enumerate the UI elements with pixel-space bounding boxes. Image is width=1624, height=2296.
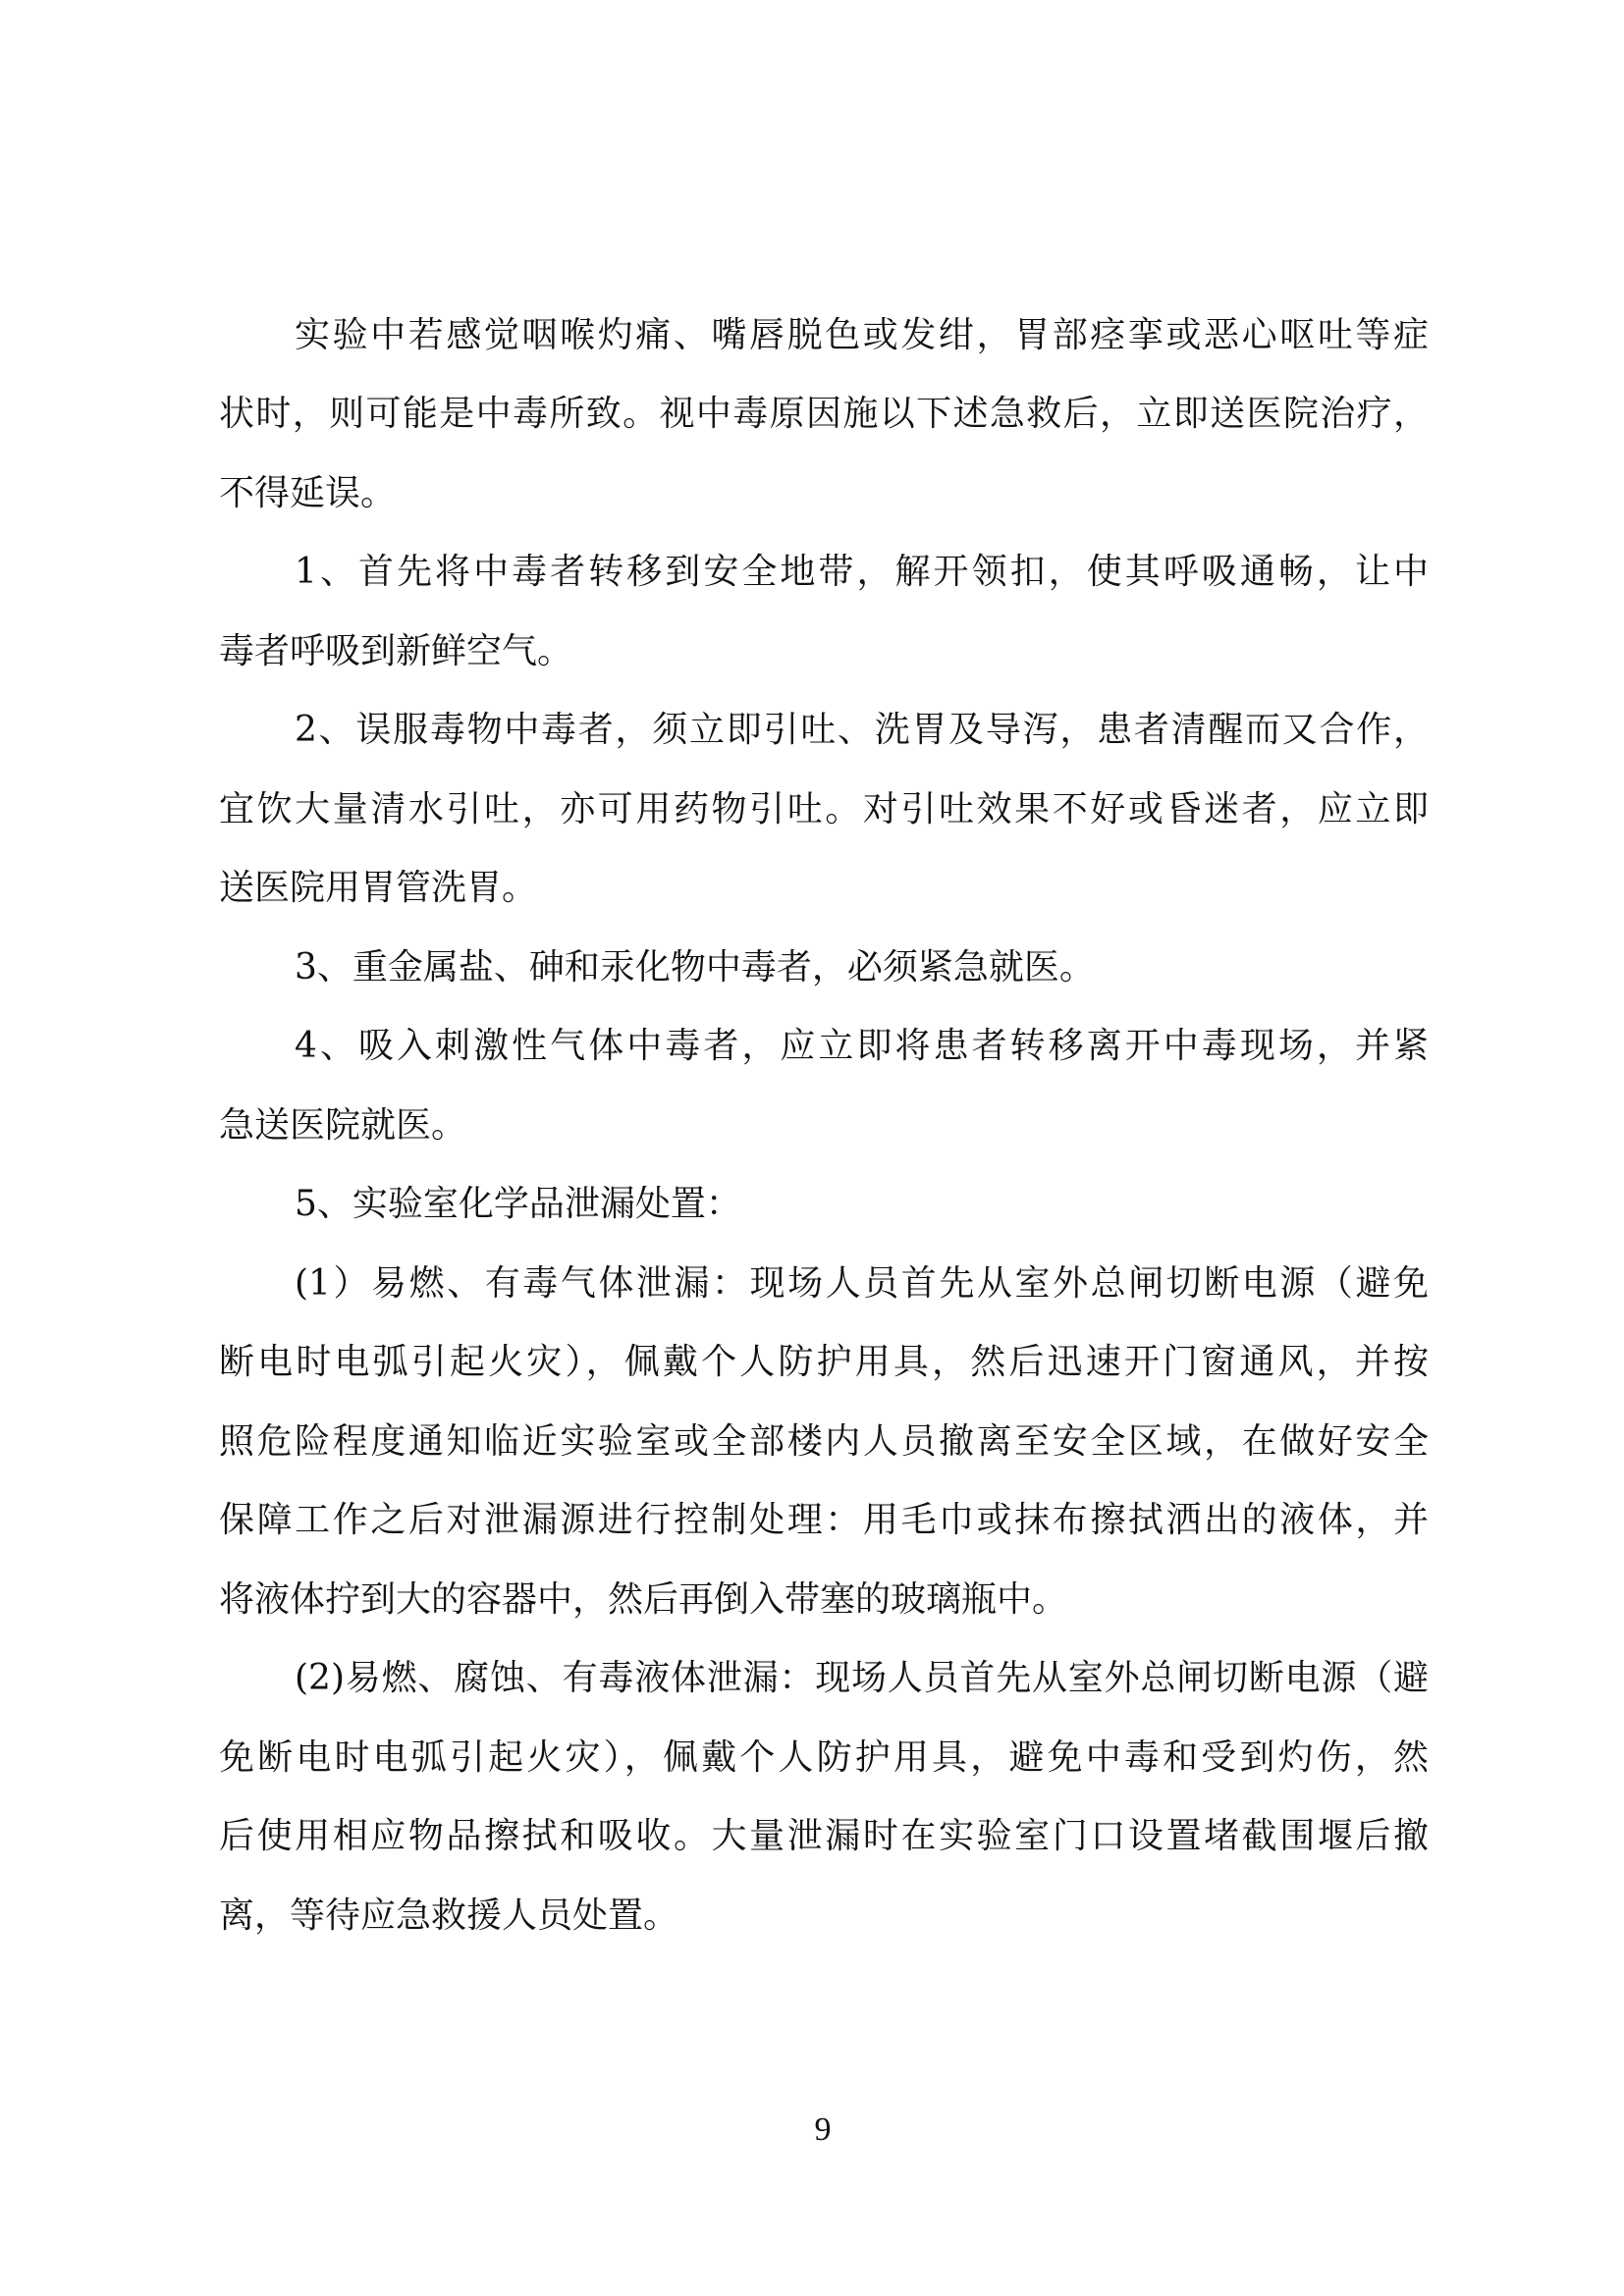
paragraph-item-4-line-2: 急送医院就医。 [219, 1104, 1429, 1148]
paragraph-item-5-1-line-1: (1）易燃、有毒气体泄漏：现场人员首先从室外总闸切断电源（避免 [295, 1262, 1429, 1306]
paragraph-item-5-2-line-4: 离，等待应急救援人员处置。 [219, 1895, 1429, 1938]
paragraph-item-5-2-line-2: 免断电时电弧引起火灾），佩戴个人防护用具，避免中毒和受到灼伤，然 [219, 1736, 1429, 1780]
paragraph-item-5-1-line-4: 保障工作之后对泄漏源进行控制处理：用毛巾或抹布擦拭洒出的液体，并 [219, 1499, 1429, 1542]
paragraph-intro-line-1: 实验中若感觉咽喉灼痛、嘴唇脱色或发绀，胃部痉挛或恶心呕吐等症 [295, 314, 1429, 357]
paragraph-item-2-line-1: 2、误服毒物中毒者，须立即引吐、洗胃及导泻，患者清醒而又合作， [295, 709, 1429, 752]
paragraph-item-5-1-line-3: 照危险程度通知临近实验室或全部楼内人员撤离至安全区域，在做好安全 [219, 1420, 1429, 1464]
paragraph-item-3-line-1: 3、重金属盐、砷和汞化物中毒者，必须紧急就医。 [295, 946, 1429, 989]
paragraph-intro-line-3: 不得延误。 [219, 472, 1429, 515]
paragraph-intro-line-2: 状时，则可能是中毒所致。视中毒原因施以下述急救后，立即送医院治疗， [219, 393, 1429, 436]
paragraph-item-5-1-line-2: 断电时电弧引起火灾），佩戴个人防护用具，然后迅速开门窗通风，并按 [219, 1341, 1429, 1384]
paragraph-item-5-1-line-5: 将液体拧到大的容器中，然后再倒入带塞的玻璃瓶中。 [219, 1578, 1429, 1622]
paragraph-item-1-line-1: 1、首先将中毒者转移到安全地带，解开领扣，使其呼吸通畅，让中 [295, 551, 1429, 594]
paragraph-item-5-line-1: 5、实验室化学品泄漏处置： [295, 1183, 1429, 1226]
paragraph-item-2-line-2: 宜饮大量清水引吐，亦可用药物引吐。对引吐效果不好或昏迷者，应立即 [219, 788, 1429, 831]
document-page: 实验中若感觉咽喉灼痛、嘴唇脱色或发绀，胃部痉挛或恶心呕吐等症 状时，则可能是中毒… [0, 0, 1624, 2296]
paragraph-item-5-2-line-3: 后使用相应物品擦拭和吸收。大量泄漏时在实验室门口设置堵截围堰后撤 [219, 1815, 1429, 1858]
paragraph-item-4-line-1: 4、吸入刺激性气体中毒者，应立即将患者转移离开中毒现场，并紧 [295, 1025, 1429, 1068]
paragraph-item-5-2-line-1: (2)易燃、腐蚀、有毒液体泄漏：现场人员首先从室外总闸切断电源（避 [295, 1657, 1429, 1700]
paragraph-item-1-line-2: 毒者呼吸到新鲜空气。 [219, 630, 1429, 673]
page-number: 9 [795, 2109, 850, 2152]
paragraph-item-2-line-3: 送医院用胃管洗胃。 [219, 867, 1429, 910]
